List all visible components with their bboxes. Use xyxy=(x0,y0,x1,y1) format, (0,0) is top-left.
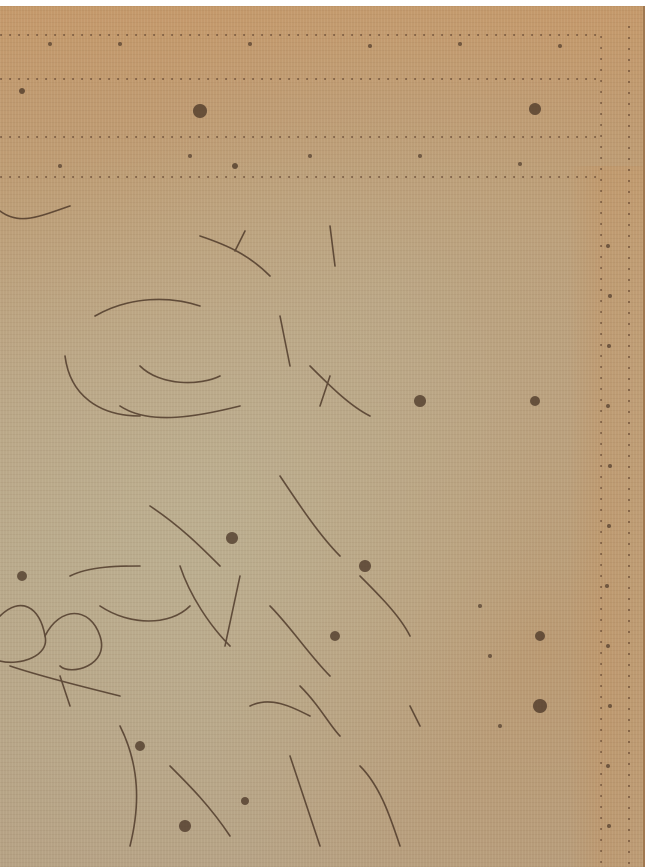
floral-vine-motifs xyxy=(0,6,643,867)
rug-photo xyxy=(0,6,645,867)
